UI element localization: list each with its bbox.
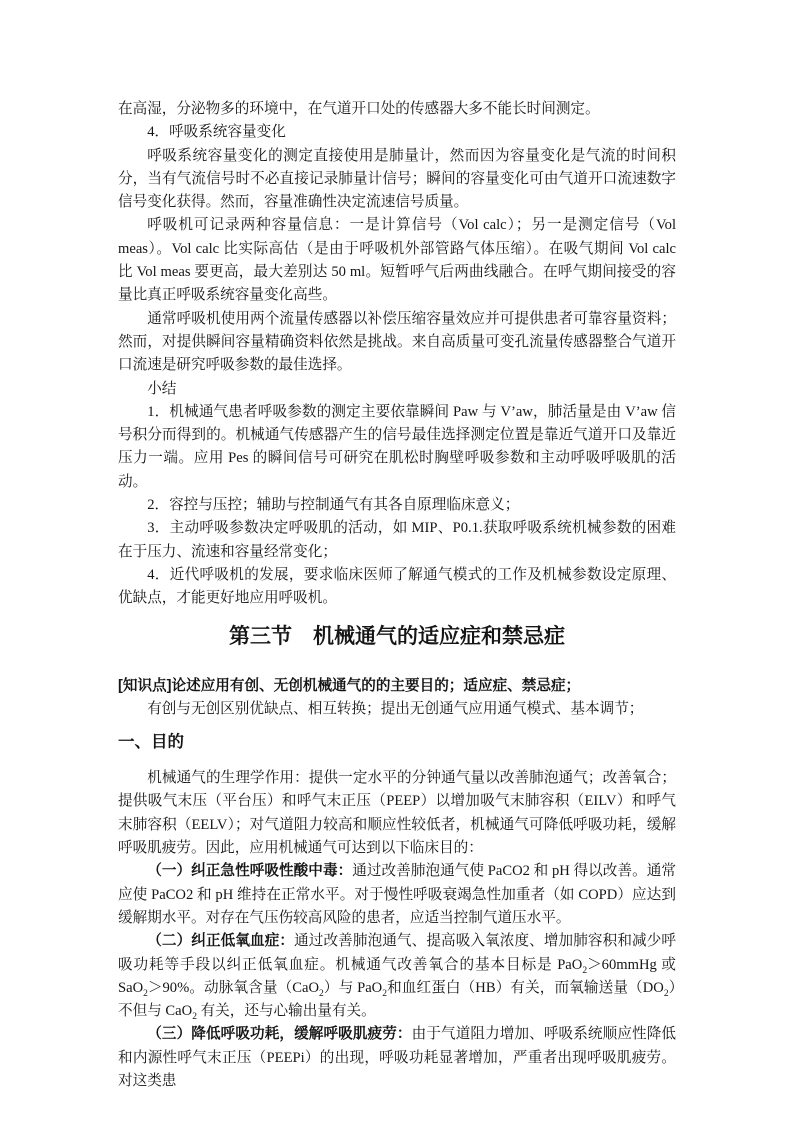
paragraph: 小结 [118,378,676,401]
paragraph: （一）纠正急性呼吸性酸中毒：通过改善肺泡通气使 PaCO2 和 pH 得以改善。… [118,860,676,930]
text-run: 4．近代呼吸机的发展，要求临床医师了解通气模式的工作及机械参数设定原理、优缺点，… [118,567,676,606]
paragraph: 机械通气的生理学作用：提供一定水平的分钟通气量以改善肺泡通气；改善氧合；提供吸气… [118,767,676,860]
text-run: 呼吸系统容量变化的测定直接使用是肺量计，然而因为容量变化是气流的时间积分，当有气… [118,148,676,211]
paragraph: 通常呼吸机使用两个流量传感器以补偿压缩容量效应并可提供患者可靠容量资料；然而，对… [118,308,676,378]
text-run: ）与 PaO [324,980,382,996]
paragraph: 呼吸机可记录两种容量信息：一是计算信号（Vol calc）；另一是测定信号（Vo… [118,214,676,307]
paragraph: （二）纠正低氧血症：通过改善肺泡通气、提高吸入氧浓度、增加肺容积和减少呼吸功耗等… [118,930,676,1023]
paragraph: 4．近代呼吸机的发展，要求临床医师了解通气模式的工作及机械参数设定原理、优缺点，… [118,564,676,611]
knowledge-point: [知识点]论述应用有创、无创机械通气的的主要目的；适应症、禁忌症； [118,675,676,698]
paragraph: 4．呼吸系统容量变化 [118,121,676,144]
text-run: 通常呼吸机使用两个流量传感器以补偿压缩容量效应并可提供患者可靠容量资料；然而，对… [118,311,676,374]
emphasis-run: （一）纠正急性呼吸性酸中毒： [147,863,352,879]
text-run: 有创与无创区别优缺点、相互转换；提出无创通气应用通气模式、基本调节； [147,701,643,717]
text-run: 有关，还与心输出量有关。 [197,1003,376,1019]
emphasis-run: （二）纠正低氧血症： [147,933,294,949]
paragraph: 有创与无创区别优缺点、相互转换；提出无创通气应用通气模式、基本调节； [118,698,676,721]
text-run: 一、目的 [118,733,184,751]
chapter-heading: 第三节 机械通气的适应症和禁忌症 [118,622,676,652]
text-run: ＞90%。动脉氧含量（CaO [148,980,319,996]
text-run: 呼吸机可记录两种容量信息：一是计算信号（Vol calc）；另一是测定信号（Vo… [118,217,676,303]
text-run: 机械通气的生理学作用：提供一定水平的分钟通气量以改善肺泡通气；改善氧合；提供吸气… [118,770,676,856]
text-run: 3．主动呼吸参数决定呼吸肌的活动，如 MIP、P0.1.获取呼吸系统机械参数的困… [118,520,676,559]
text-run: 和血红蛋白（HB）有关，而氧输送量（DO [387,980,664,996]
paragraph: 1．机械通气患者呼吸参数的测定主要依靠瞬间 Paw 与 V’aw，肺活量是由 V… [118,401,676,494]
paragraph: 2．容控与压控；辅助与控制通气有其各自原理临床意义； [118,494,676,517]
paragraph: 呼吸系统容量变化的测定直接使用是肺量计，然而因为容量变化是气流的时间积分，当有气… [118,145,676,215]
text-run: 小结 [147,381,176,397]
text-run: 1．机械通气患者呼吸参数的测定主要依靠瞬间 Paw 与 V’aw，肺活量是由 V… [118,404,676,490]
paragraph: 3．主动呼吸参数决定呼吸肌的活动，如 MIP、P0.1.获取呼吸系统机械参数的困… [118,517,676,564]
paragraph: 在高湿，分泌物多的环境中，在气道开口处的传感器大多不能长时间测定。 [118,98,676,121]
text-run: 4．呼吸系统容量变化 [147,124,286,140]
text-run: 2．容控与压控；辅助与控制通气有其各自原理临床意义； [147,497,519,513]
text-run: 在高湿，分泌物多的环境中，在气道开口处的传感器大多不能长时间测定。 [118,101,600,117]
emphasis-run: （三）降低呼吸功耗，缓解呼吸肌疲劳： [147,1026,411,1042]
paragraph: （三）降低呼吸功耗，缓解呼吸肌疲劳：由于气道阻力增加、呼吸系统顺应性降低和内源性… [118,1023,676,1093]
text-run: 第三节 机械通气的适应症和禁忌症 [229,625,565,648]
text-run: [知识点]论述应用有创、无创机械通气的的主要目的；适应症、禁忌症； [118,678,580,694]
document-page: 在高湿，分泌物多的环境中，在气道开口处的传感器大多不能长时间测定。4．呼吸系统容… [0,0,793,1122]
section-heading: 一、目的 [118,730,676,755]
